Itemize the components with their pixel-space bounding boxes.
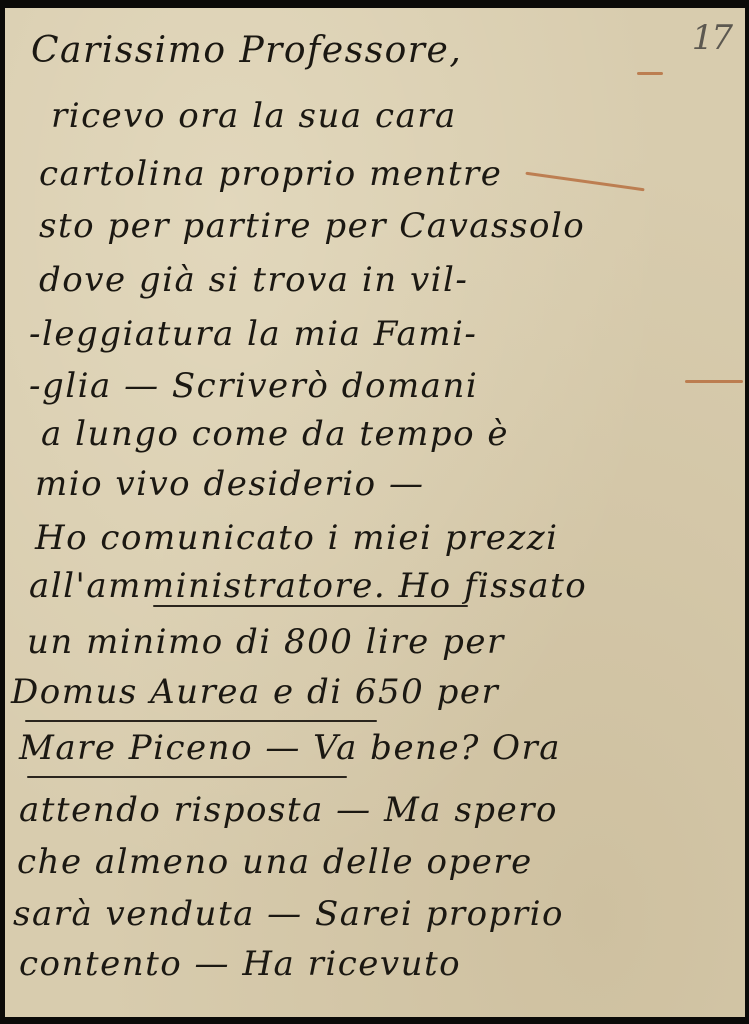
letter-line: mio vivo desiderio —: [35, 464, 424, 504]
letter-page: 17 Carissimo Professore, ricevo ora la s…: [5, 8, 745, 1017]
letter-line: cartolina proprio mentre: [39, 154, 502, 194]
letter-line: contento — Ha ricevuto: [19, 944, 461, 984]
letter-line: Domus Aurea e di 650 per: [11, 672, 499, 712]
letter-line: attendo risposta — Ma spero: [19, 790, 558, 830]
letter-line: sarà venduta — Sarei proprio: [13, 894, 564, 934]
red-pencil-mark: [685, 380, 743, 383]
underline-domus-aurea: [25, 720, 377, 722]
letter-line: sto per partire per Cavassolo: [39, 206, 585, 246]
letter-line: -glia — Scriverò domani: [29, 366, 478, 406]
underline-mare-piceno: [27, 776, 347, 778]
red-pencil-mark: [525, 172, 644, 192]
letter-line: un minimo di 800 lire per: [27, 622, 505, 662]
page-number: 17: [692, 18, 731, 58]
letter-line-salutation: Carissimo Professore,: [31, 30, 462, 71]
letter-line: Mare Piceno — Va bene? Ora: [19, 728, 561, 768]
letter-line: dove già si trova in vil-: [39, 260, 468, 300]
red-pencil-mark: [637, 72, 663, 75]
letter-line: all'amministratore. Ho fissato: [29, 566, 587, 606]
letter-line: che almeno una delle opere: [17, 842, 533, 882]
letter-line: -leggiatura la mia Fami-: [29, 314, 477, 354]
letter-line: a lungo come da tempo è: [41, 414, 509, 454]
letter-line: Ho comunicato i miei prezzi: [35, 518, 559, 558]
underline-amministratore: [153, 605, 468, 607]
letter-line: ricevo ora la sua cara: [51, 96, 457, 136]
